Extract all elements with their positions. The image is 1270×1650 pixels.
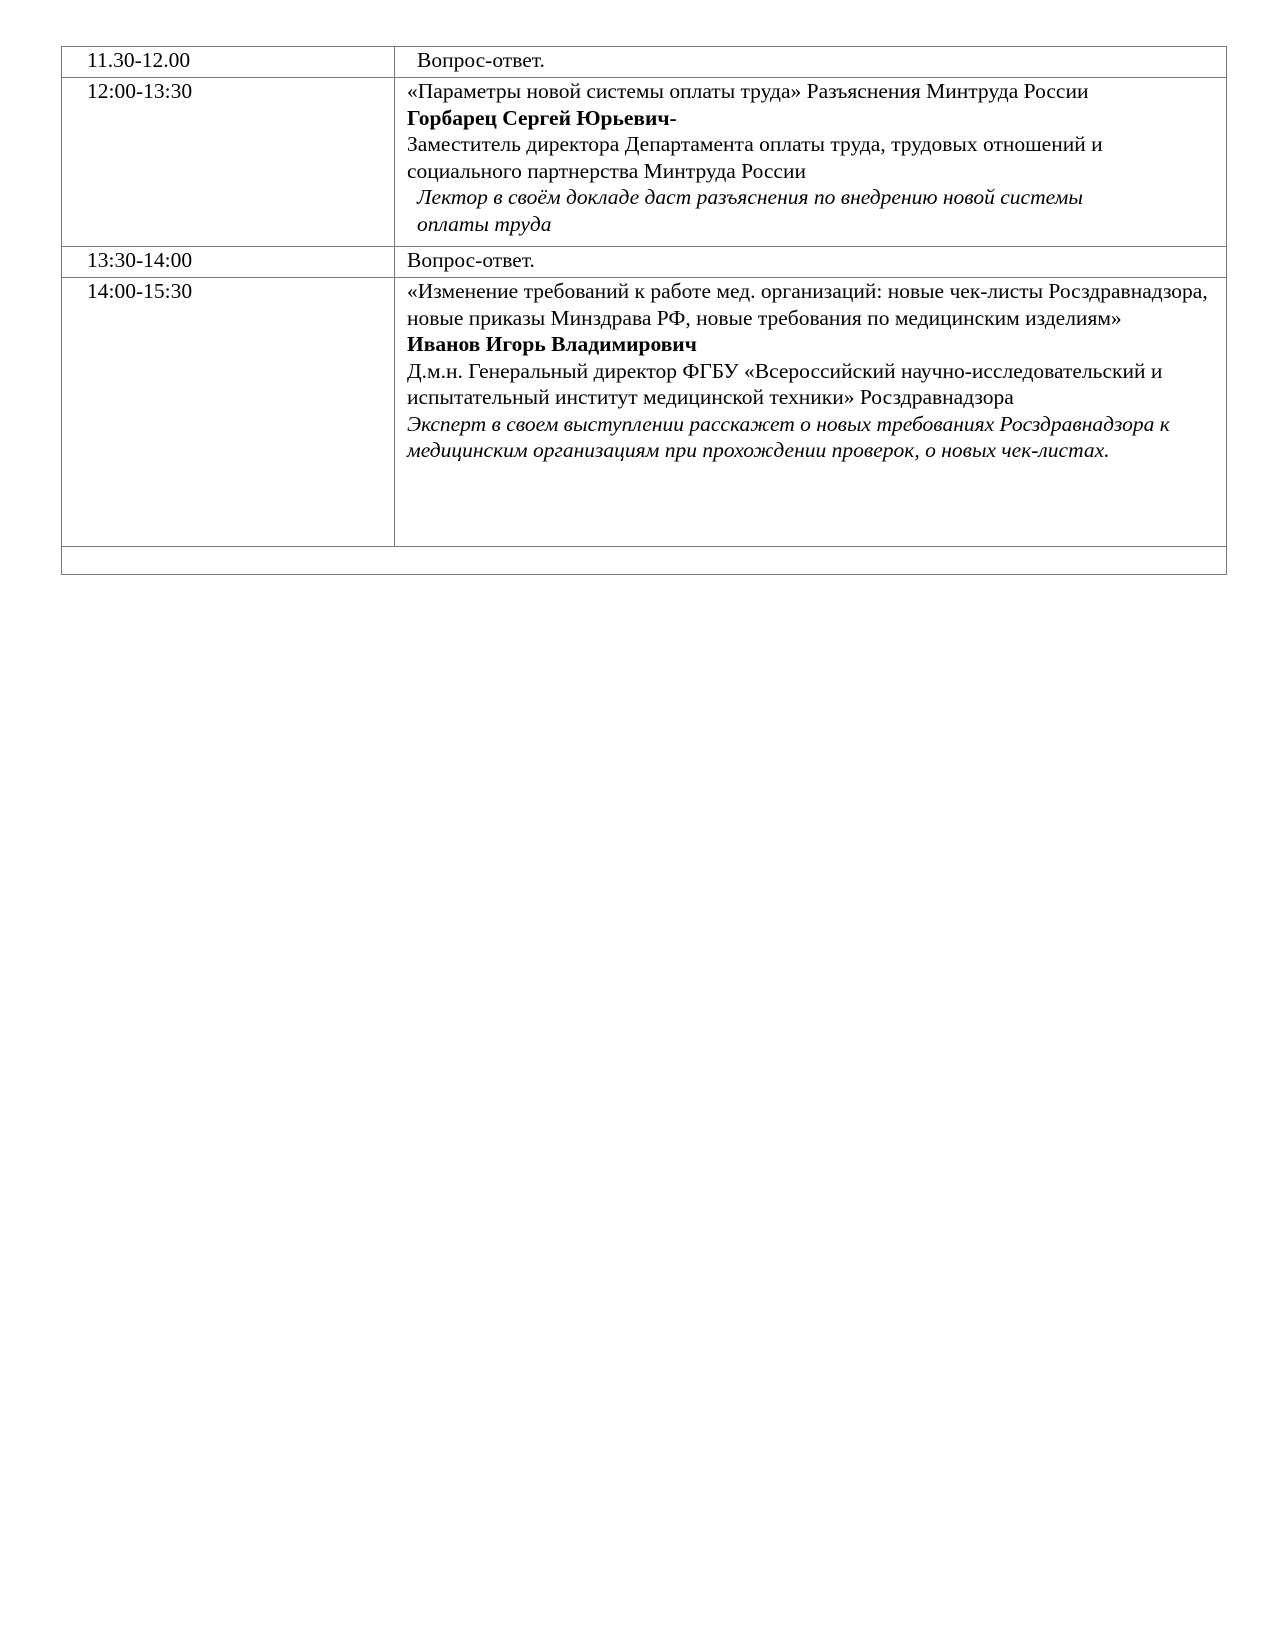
time-cell: 12:00-13:30 [62, 78, 395, 247]
table-row: 12:00-13:30 «Параметры новой системы опл… [62, 78, 1227, 247]
qa-text: Вопрос-ответ. [407, 47, 1218, 74]
speaker-position: Заместитель директора Департамента оплат… [407, 131, 1218, 184]
content-cell: Вопрос-ответ. [395, 247, 1227, 278]
table-row: 11.30-12.00 Вопрос-ответ. [62, 47, 1227, 78]
document-page: 11.30-12.00 Вопрос-ответ. 12:00-13:30 «П… [0, 0, 1270, 1650]
schedule-table: 11.30-12.00 Вопрос-ответ. 12:00-13:30 «П… [61, 46, 1227, 575]
speaker-name: Горбарец Сергей Юрьевич- [407, 105, 1218, 132]
time-cell: 14:00-15:30 [62, 278, 395, 547]
table-row: 13:30-14:00 Вопрос-ответ. [62, 247, 1227, 278]
time-cell: 13:30-14:00 [62, 247, 395, 278]
content-cell: «Параметры новой системы оплаты труда» Р… [395, 78, 1227, 247]
session-title: «Параметры новой системы оплаты труда» Р… [407, 78, 1218, 105]
speaker-name: Иванов Игорь Владимирович [407, 331, 1218, 358]
session-title: «Изменение требований к работе мед. орга… [407, 278, 1218, 331]
table-row-empty [62, 547, 1227, 575]
session-description-cont: оплаты труда [407, 211, 1218, 238]
table-row: 14:00-15:30 «Изменение требований к рабо… [62, 278, 1227, 547]
speaker-position: Д.м.н. Генеральный директор ФГБУ «Всерос… [407, 358, 1218, 411]
content-cell: «Изменение требований к работе мед. орга… [395, 278, 1227, 547]
session-description: Эксперт в своем выступлении расскажет о … [407, 411, 1218, 464]
empty-cell [62, 547, 1227, 575]
time-cell: 11.30-12.00 [62, 47, 395, 78]
session-description: Лектор в своём докладе даст разъяснения … [407, 184, 1218, 211]
content-cell: Вопрос-ответ. [395, 47, 1227, 78]
qa-text: Вопрос-ответ. [407, 247, 1218, 274]
